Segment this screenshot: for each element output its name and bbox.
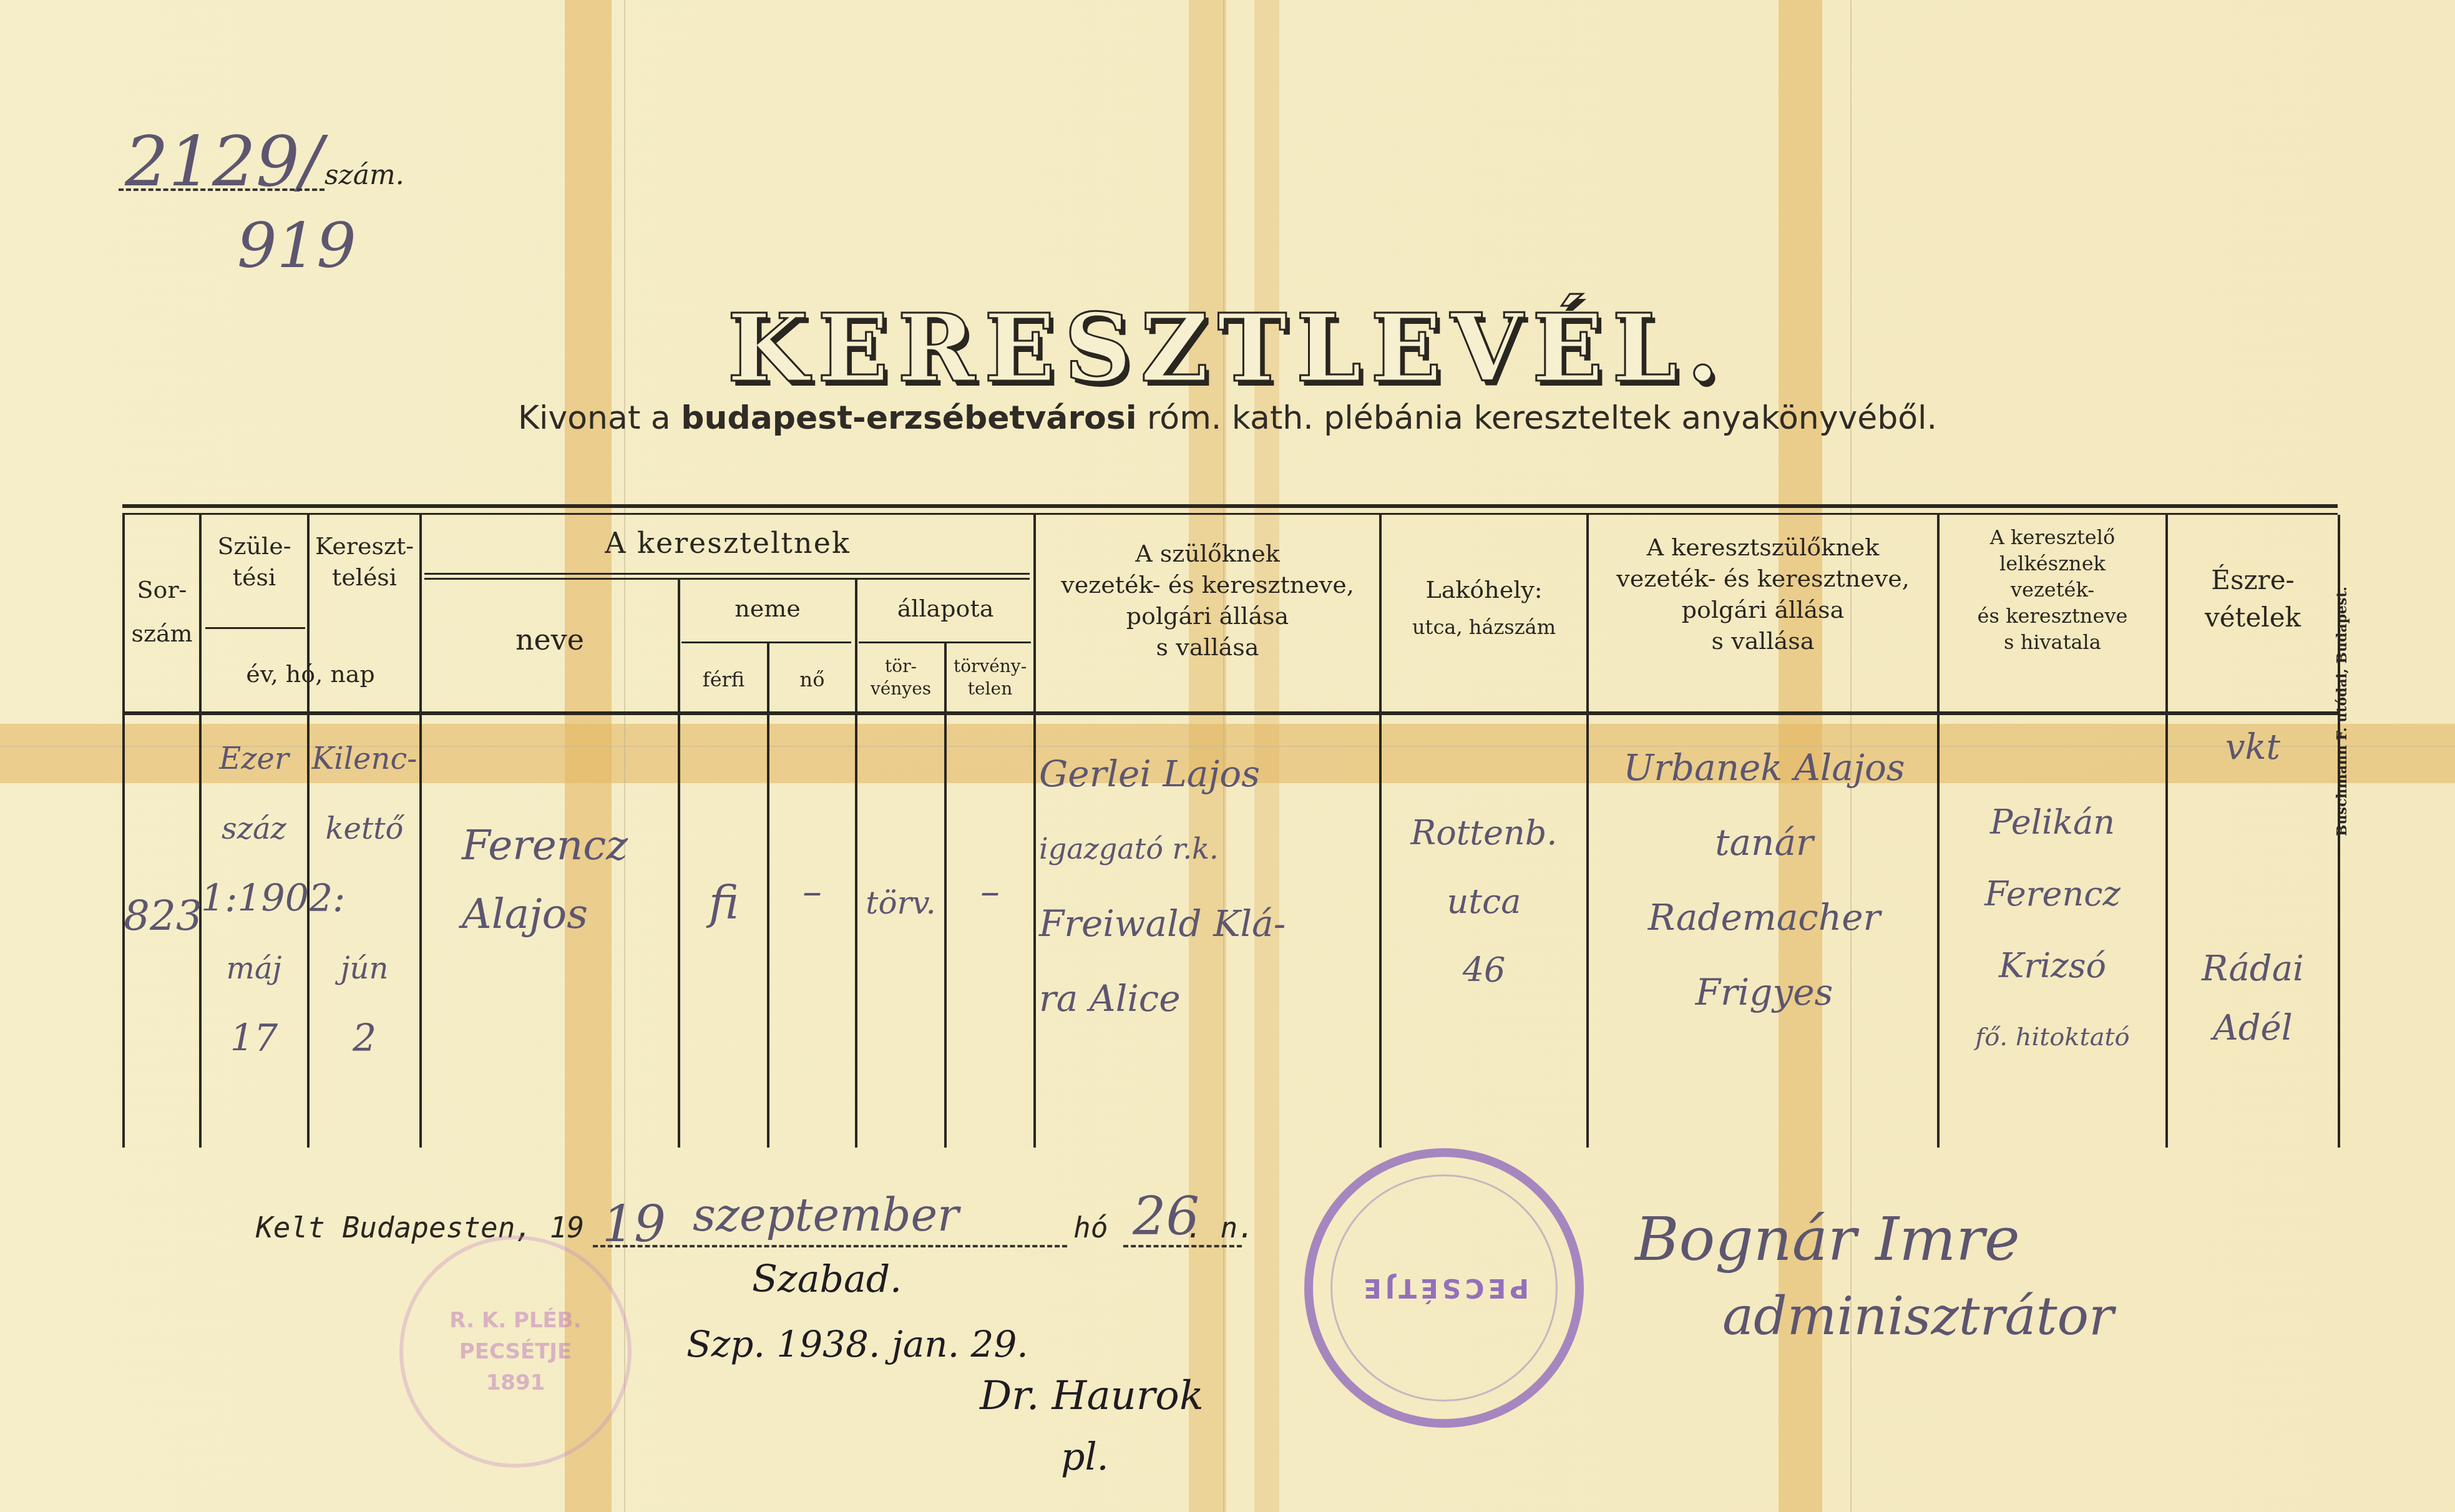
- row-keresztszulok: Urbanek Alajos tanár Rademacher Frigyes: [1591, 730, 1937, 1030]
- footer-month: szeptember: [693, 1189, 959, 1241]
- document-subtitle: Kivonat a budapest-erzsébetvárosi róm. k…: [0, 399, 2455, 437]
- annotation-line2: Szp. 1938. jan. 29.: [686, 1323, 1028, 1365]
- reference-dotted-line: [119, 188, 325, 191]
- header-keresztelesi: Kereszt- telési: [310, 530, 419, 593]
- footer-day-suffix: . n.: [1186, 1211, 1255, 1244]
- footer-month-label: hó: [1073, 1211, 1108, 1244]
- row-torvenytelen: –: [947, 861, 1033, 920]
- row-neve: Ferencz Alajos: [462, 811, 674, 949]
- column-divider: [678, 579, 680, 1148]
- row-szulok: Gerlei Lajos igazgató r.k. Freiwald Klá-…: [1039, 736, 1379, 1036]
- header-subrule: [424, 573, 1030, 575]
- header-keresztszulok: A keresztszülőknek vezeték- és keresztne…: [1589, 532, 1937, 656]
- header-no: nő: [769, 666, 855, 693]
- header-allapota: állapota: [857, 593, 1033, 624]
- row-szuletesi: Ezer száz 1:1902: máj 17: [201, 724, 307, 1073]
- header-eszrevetelek: Észre- vételek: [2168, 562, 2338, 637]
- subtitle-prefix: Kivonat a: [518, 399, 671, 437]
- header-ferfi: férfi: [680, 666, 767, 693]
- header-lakohely: Lakóhely: utca, házszám: [1382, 574, 1586, 643]
- header-szuletesi: Szüle- tési: [202, 530, 307, 593]
- row-ferfi: fi: [683, 874, 764, 933]
- subtitle-parish: budapest-erzsébetvárosi: [681, 399, 1136, 437]
- document-title: KERESZTLEVÉL.: [0, 293, 2455, 403]
- faded-parish-stamp: R. K. PLÉB. PECSÉTJE 1891: [399, 1236, 632, 1468]
- header-neme: neme: [680, 593, 855, 624]
- row-keresztelesi: Kilenc- kettő jún 2: [310, 724, 419, 1073]
- reference-sub-number: 919: [237, 209, 356, 282]
- column-divider: [419, 515, 422, 1148]
- header-group-kereszteltnek: A kereszteltnek: [422, 527, 1033, 558]
- reference-label: szám.: [325, 159, 404, 191]
- row-torvenyes: törv.: [857, 874, 944, 933]
- header-subrule: [859, 641, 1031, 643]
- annotation-signature: Dr. Haurok: [980, 1373, 1204, 1419]
- header-szulok: A szülőknek vezeték- és keresztneve, pol…: [1036, 538, 1379, 663]
- table-header-rule: [122, 711, 2338, 715]
- priest-signature: Bognár Imre: [1635, 1204, 2020, 1274]
- row-eszrevetelek: vkt Rádai Adél: [2168, 718, 2338, 1058]
- row-sorszam: 823: [124, 886, 202, 945]
- annotation-title: pl.: [1061, 1435, 1109, 1479]
- footer-year: 19: [602, 1195, 666, 1253]
- table-top-rule-thin: [122, 513, 2338, 515]
- row-no: –: [769, 861, 855, 920]
- row-lelkesz: Pelikán Ferencz Krizsó fő. hitoktató: [1940, 786, 2165, 1073]
- annotation-line1: Szabad.: [752, 1257, 902, 1301]
- header-ev-ho-nap: év, hó, nap: [202, 658, 419, 690]
- fold-line: [624, 0, 625, 1512]
- header-subrule: [424, 578, 1030, 580]
- header-sorszam: Sor- szám: [125, 574, 199, 649]
- header-subrule: [681, 641, 851, 643]
- subtitle-suffix: róm. kath. plébánia kereszteltek anyakön…: [1147, 399, 1937, 437]
- header-torvenyes: tör- vényes: [857, 655, 944, 700]
- printer-note: Buschmann F. utódai, Budapest.: [2334, 587, 2350, 836]
- header-neve: neve: [422, 624, 678, 655]
- row-lakohely: Rottenb. utca 46: [1382, 799, 1586, 1005]
- header-torvenytelen: törvény- telen: [947, 655, 1033, 700]
- table-top-rule: [122, 504, 2338, 508]
- parish-seal-stamp: PECSÉTJE: [1304, 1148, 1584, 1428]
- header-lelkesz: A keresztelő lelkésznek vezeték- és kere…: [1940, 524, 2165, 655]
- priest-title: adminisztrátor: [1722, 1285, 2114, 1347]
- header-subrule: [205, 627, 305, 629]
